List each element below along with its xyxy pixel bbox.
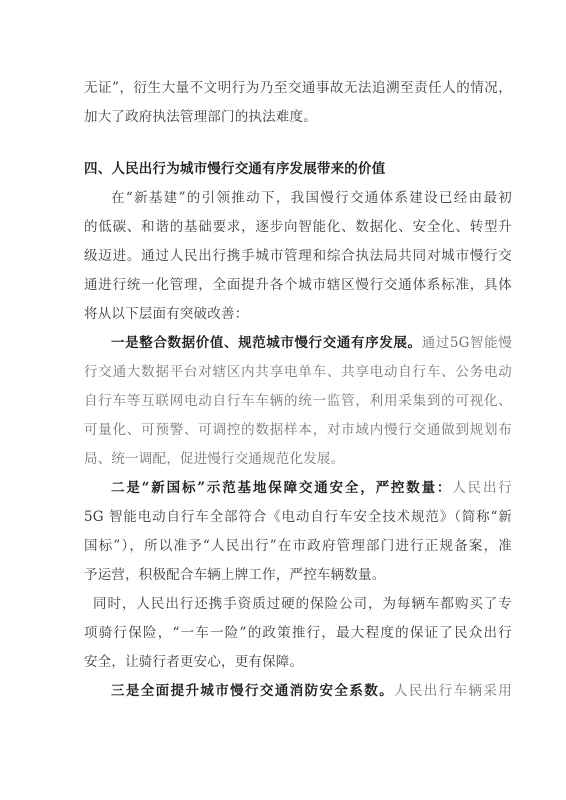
text-line: 无证”，衍生大量不文明行为乃至交通事故无法追溯至责任人的情况， (84, 74, 512, 103)
text-line: 四、人民出行为城市慢行交通有序发展带来的价值 (84, 155, 512, 184)
text-segment-gray: 自行车等互联网电动自行车车辆的统一监管，利用采集到的可视化、 (84, 393, 512, 409)
para-insurance: 同时，人民出行还携手资质过硬的保险公司，为每辆车都购买了专项骑行保险，“一车一险… (84, 590, 512, 677)
section-heading-four: 四、人民出行为城市慢行交通有序发展带来的价值 (84, 155, 512, 184)
text-segment-bold: 四、人民出行为城市慢行交通有序发展带来的价值 (84, 161, 385, 177)
text-segment-bold: 二是“新国标”示范基地保障交通安全，严控数量： (111, 480, 452, 496)
text-segment-body: 将从以下层面有突破改善： (84, 306, 248, 322)
para-point-three-fire-safety: 三是全面提升城市慢行交通消防安全系数。人民出行车辆采用 (84, 677, 512, 706)
text-line: 的低碳、和谐的基础要求，逐步向智能化、数据化、安全化、转型升 (84, 213, 512, 242)
text-line: 三是全面提升城市慢行交通消防安全系数。人民出行车辆采用 (84, 677, 512, 706)
text-line: 级迈进。通过人民出行携手城市管理和综合执法局共同对城市慢行交 (84, 242, 512, 271)
text-line: 项骑行保险，“一车一险”的政策推行，最大程度的保证了民众出行 (84, 619, 512, 648)
text-segment-body: 无证”，衍生大量不文明行为乃至交通事故无法追溯至责任人的情况， (84, 80, 512, 96)
text-line: 国标”），所以准予“人民出行”在市政府管理部门进行正规备案，准 (84, 532, 512, 561)
text-line: 予运营，积极配合车辆上牌工作，严控车辆数量。 (84, 561, 512, 590)
text-segment-body: 的低碳、和谐的基础要求，逐步向智能化、数据化、安全化、转型升 (84, 219, 512, 235)
text-segment-gray: 人民出行 (452, 480, 512, 496)
text-segment-bold: 一是整合数据价值、规范城市慢行交通有序发展。 (111, 335, 422, 351)
para-point-one-data-value: 一是整合数据价值、规范城市慢行交通有序发展。通过5G智能慢行交通大数据平台对辖区… (84, 329, 512, 474)
text-line: 行交通大数据平台对辖区内共享电单车、共享电动自行车、公务电动 (84, 358, 512, 387)
text-line: 将从以下层面有突破改善： (84, 300, 512, 329)
document-page: 无证”，衍生大量不文明行为乃至交通事故无法追溯至责任人的情况，加大了政府执法管理… (0, 0, 566, 800)
text-line: 一是整合数据价值、规范城市慢行交通有序发展。通过5G智能慢 (84, 329, 512, 358)
text-line: 局、统一调配，促进慢行交通规范化发展。 (84, 445, 512, 474)
text-segment-gray: 可量化、可预警、可调控的数据样本，对市域内慢行交通做到规划布 (84, 422, 512, 438)
text-line: 二是“新国标”示范基地保障交通安全，严控数量：人民出行 (84, 474, 512, 503)
text-line: 可量化、可预警、可调控的数据样本，对市域内慢行交通做到规划布 (84, 416, 512, 445)
document-content: 无证”，衍生大量不文明行为乃至交通事故无法追溯至责任人的情况，加大了政府执法管理… (0, 0, 566, 706)
text-segment-body: 级迈进。通过人民出行携手城市管理和综合执法局共同对城市慢行交 (84, 248, 512, 264)
text-segment-body: 项骑行保险，“一车一险”的政策推行，最大程度的保证了民众出行 (84, 625, 512, 641)
text-segment-body: 予运营，积极配合车辆上牌工作，严控车辆数量。 (84, 567, 385, 583)
text-line: 5G 智能电动自行车全部符合《电动自行车安全技术规范》（简称“新 (84, 503, 512, 532)
para-new-infrastructure: 在“新基建”的引领推动下，我国慢行交通体系建设已经由最初的低碳、和谐的基础要求，… (84, 184, 512, 329)
text-segment-body: 国标”），所以准予“人民出行”在市政府管理部门进行正规备案，准 (84, 538, 512, 554)
text-line: 自行车等互联网电动自行车车辆的统一监管，利用采集到的可视化、 (84, 387, 512, 416)
text-segment-bold: 三是全面提升城市慢行交通消防安全系数。 (111, 683, 394, 699)
text-segment-gray: 局、统一调配，促进慢行交通规范化发展。 (84, 451, 344, 467)
text-segment-body: 安全，让骑行者更安心，更有保障。 (84, 654, 303, 670)
para-point-two-new-national-standard: 二是“新国标”示范基地保障交通安全，严控数量：人民出行5G 智能电动自行车全部符… (84, 474, 512, 590)
text-segment-body: 在“新基建”的引领推动下，我国慢行交通体系建设已经由最初 (111, 190, 512, 206)
text-segment-body: 加大了政府执法管理部门的执法难度。 (84, 109, 317, 125)
text-line: 安全，让骑行者更安心，更有保障。 (84, 648, 512, 677)
text-line: 同时，人民出行还携手资质过硬的保险公司，为每辆车都购买了专 (84, 590, 512, 619)
text-segment-gray: 行交通大数据平台对辖区内共享电单车、共享电动自行车、公务电动 (84, 364, 512, 380)
text-segment-body: 通进行统一化管理，全面提升各个城市辖区慢行交通体系标准，具体 (84, 277, 512, 293)
text-line: 加大了政府执法管理部门的执法难度。 (84, 103, 512, 132)
text-line: 通进行统一化管理，全面提升各个城市辖区慢行交通体系标准，具体 (84, 271, 512, 300)
para-enforcement-difficulty: 无证”，衍生大量不文明行为乃至交通事故无法追溯至责任人的情况，加大了政府执法管理… (84, 74, 512, 132)
text-segment-gray: 通过5G智能慢 (422, 335, 512, 351)
text-line: 在“新基建”的引领推动下，我国慢行交通体系建设已经由最初 (84, 184, 512, 213)
text-segment-body: 5G 智能电动自行车全部符合《电动自行车安全技术规范》（简称“新 (84, 509, 512, 525)
text-segment-gray: 人民出行车辆采用 (394, 683, 512, 699)
text-segment-body: 同时，人民出行还携手资质过硬的保险公司，为每辆车都购买了专 (93, 596, 512, 612)
